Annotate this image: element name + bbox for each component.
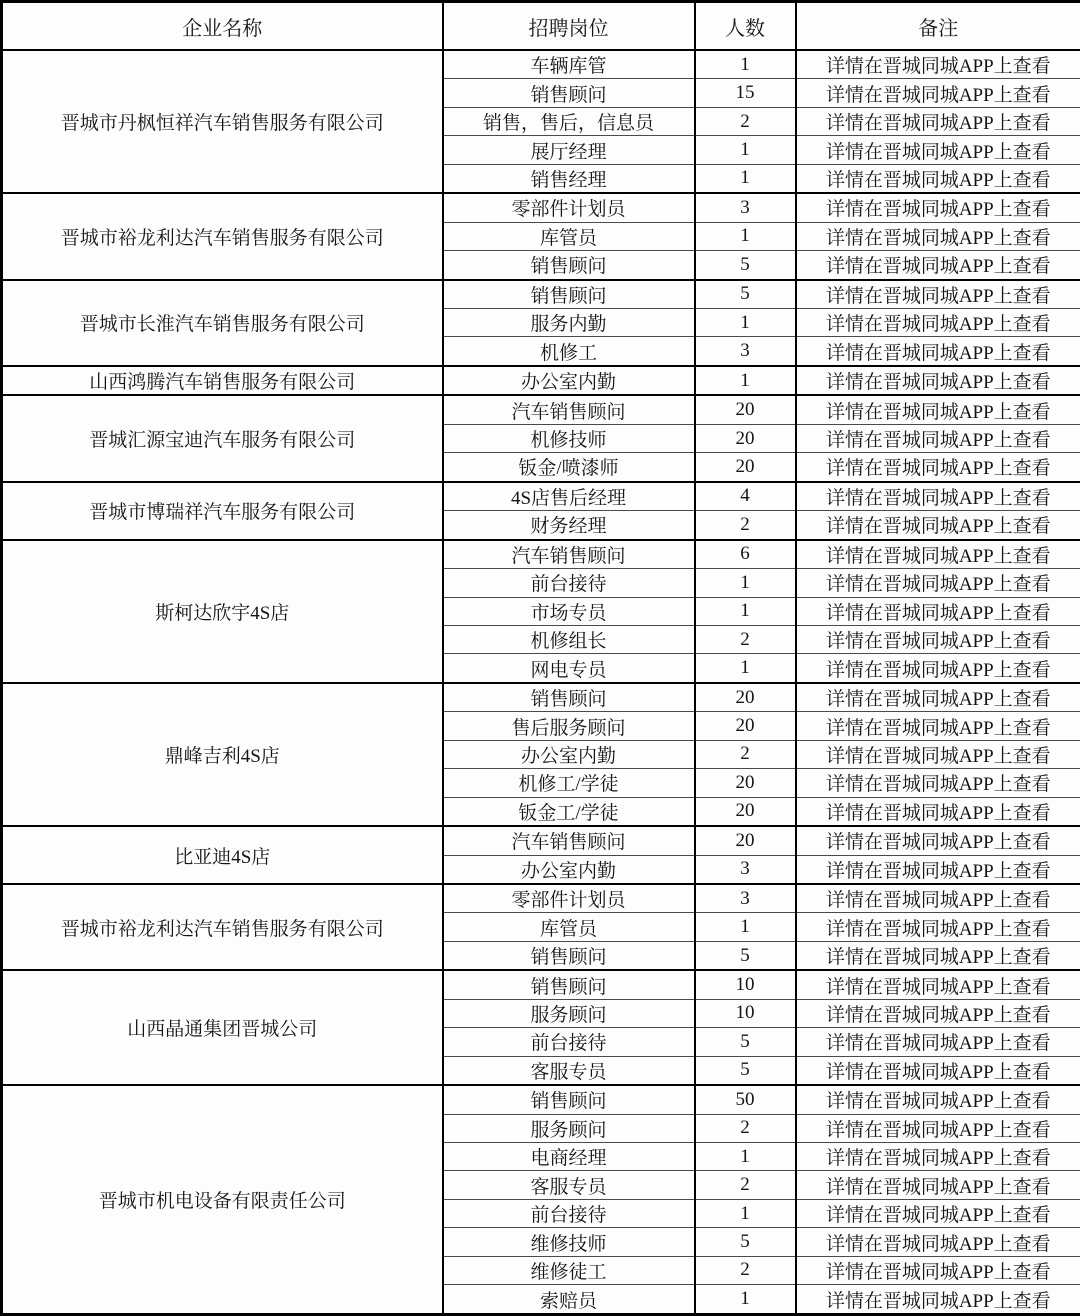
headcount-cell: 20: [695, 395, 796, 424]
company-name-cell: 晋城市裕龙利达汽车销售服务有限公司: [2, 193, 443, 279]
headcount-cell: 1: [695, 1199, 796, 1227]
position-cell: 售后服务顾问: [443, 712, 695, 740]
headcount-cell: 20: [695, 453, 796, 482]
position-cell: 财务经理: [443, 511, 695, 540]
remark-cell: 详情在晋城同城APP上查看: [796, 913, 1080, 941]
company-name-cell: 晋城市机电设备有限责任公司: [2, 1085, 443, 1314]
position-cell: 零部件计划员: [443, 193, 695, 222]
remark-cell: 详情在晋城同城APP上查看: [796, 769, 1080, 797]
headcount-cell: 20: [695, 826, 796, 855]
position-cell: 维修徒工: [443, 1256, 695, 1284]
headcount-cell: 1: [695, 50, 796, 79]
headcount-cell: 1: [695, 222, 796, 250]
headcount-cell: 1: [695, 569, 796, 597]
headcount-cell: 2: [695, 511, 796, 540]
remark-cell: 详情在晋城同城APP上查看: [796, 164, 1080, 193]
recruitment-table: 企业名称 招聘岗位 人数 备注 晋城市丹枫恒祥汽车销售服务有限公司车辆库管1详情…: [0, 0, 1080, 1316]
headcount-cell: 4: [695, 482, 796, 511]
remark-cell: 详情在晋城同城APP上查看: [796, 1142, 1080, 1170]
position-cell: 展厅经理: [443, 136, 695, 164]
company-name-cell: 比亚迪4S店: [2, 826, 443, 884]
headcount-cell: 5: [695, 1056, 796, 1085]
position-cell: 库管员: [443, 913, 695, 941]
remark-cell: 详情在晋城同城APP上查看: [796, 654, 1080, 683]
headcount-cell: 5: [695, 1028, 796, 1056]
position-cell: 销售顾问: [443, 251, 695, 280]
headcount-cell: 2: [695, 1114, 796, 1142]
table-row: 晋城市机电设备有限责任公司销售顾问50详情在晋城同城APP上查看: [2, 1085, 1080, 1114]
position-cell: 销售顾问: [443, 280, 695, 309]
headcount-cell: 1: [695, 1285, 796, 1315]
headcount-cell: 5: [695, 280, 796, 309]
headcount-cell: 20: [695, 683, 796, 712]
position-cell: 前台接待: [443, 1199, 695, 1227]
remark-cell: 详情在晋城同城APP上查看: [796, 1256, 1080, 1284]
remark-cell: 详情在晋城同城APP上查看: [796, 251, 1080, 280]
position-cell: 前台接待: [443, 1028, 695, 1056]
remark-cell: 详情在晋城同城APP上查看: [796, 999, 1080, 1027]
headcount-cell: 1: [695, 136, 796, 164]
table-row: 晋城汇源宝迪汽车服务有限公司汽车销售顾问20详情在晋城同城APP上查看: [2, 395, 1080, 424]
col-header-remark: 备注: [796, 2, 1080, 51]
headcount-cell: 1: [695, 1142, 796, 1170]
position-cell: 网电专员: [443, 654, 695, 683]
position-cell: 汽车销售顾问: [443, 826, 695, 855]
position-cell: 销售顾问: [443, 941, 695, 970]
remark-cell: 详情在晋城同城APP上查看: [796, 1056, 1080, 1085]
headcount-cell: 50: [695, 1085, 796, 1114]
position-cell: 服务顾问: [443, 1114, 695, 1142]
remark-cell: 详情在晋城同城APP上查看: [796, 1028, 1080, 1056]
position-cell: 电商经理: [443, 1142, 695, 1170]
company-name-cell: 山西鸿腾汽车销售服务有限公司: [2, 366, 443, 395]
table-body: 晋城市丹枫恒祥汽车销售服务有限公司车辆库管1详情在晋城同城APP上查看销售顾问1…: [2, 50, 1080, 1315]
remark-cell: 详情在晋城同城APP上查看: [796, 136, 1080, 164]
remark-cell: 详情在晋城同城APP上查看: [796, 683, 1080, 712]
table-row: 晋城市裕龙利达汽车销售服务有限公司零部件计划员3详情在晋城同城APP上查看: [2, 884, 1080, 913]
position-cell: 服务顾问: [443, 999, 695, 1027]
company-name-cell: 斯柯达欣宇4S店: [2, 540, 443, 683]
headcount-cell: 20: [695, 797, 796, 826]
headcount-cell: 5: [695, 941, 796, 970]
headcount-cell: 1: [695, 913, 796, 941]
headcount-cell: 20: [695, 712, 796, 740]
remark-cell: 详情在晋城同城APP上查看: [796, 222, 1080, 250]
headcount-cell: 2: [695, 1171, 796, 1199]
remark-cell: 详情在晋城同城APP上查看: [796, 1199, 1080, 1227]
company-name-cell: 山西晶通集团晋城公司: [2, 970, 443, 1085]
position-cell: 钣金工/学徒: [443, 797, 695, 826]
position-cell: 车辆库管: [443, 50, 695, 79]
position-cell: 市场专员: [443, 597, 695, 625]
remark-cell: 详情在晋城同城APP上查看: [796, 1114, 1080, 1142]
position-cell: 销售顾问: [443, 79, 695, 107]
position-cell: 前台接待: [443, 569, 695, 597]
remark-cell: 详情在晋城同城APP上查看: [796, 395, 1080, 424]
headcount-cell: 15: [695, 79, 796, 107]
position-cell: 汽车销售顾问: [443, 395, 695, 424]
table-row: 山西鸿腾汽车销售服务有限公司办公室内勤1详情在晋城同城APP上查看: [2, 366, 1080, 395]
remark-cell: 详情在晋城同城APP上查看: [796, 1228, 1080, 1256]
headcount-cell: 3: [695, 884, 796, 913]
table-row: 斯柯达欣宇4S店汽车销售顾问6详情在晋城同城APP上查看: [2, 540, 1080, 569]
remark-cell: 详情在晋城同城APP上查看: [796, 797, 1080, 826]
position-cell: 销售顾问: [443, 683, 695, 712]
table-row: 山西晶通集团晋城公司销售顾问10详情在晋城同城APP上查看: [2, 970, 1080, 999]
headcount-cell: 1: [695, 309, 796, 337]
position-cell: 机修工: [443, 337, 695, 366]
position-cell: 索赔员: [443, 1285, 695, 1315]
position-cell: 服务内勤: [443, 309, 695, 337]
remark-cell: 详情在晋城同城APP上查看: [796, 855, 1080, 884]
remark-cell: 详情在晋城同城APP上查看: [796, 1171, 1080, 1199]
remark-cell: 详情在晋城同城APP上查看: [796, 970, 1080, 999]
table-row: 比亚迪4S店汽车销售顾问20详情在晋城同城APP上查看: [2, 826, 1080, 855]
table-row: 鼎峰吉利4S店销售顾问20详情在晋城同城APP上查看: [2, 683, 1080, 712]
remark-cell: 详情在晋城同城APP上查看: [796, 79, 1080, 107]
position-cell: 销售经理: [443, 164, 695, 193]
position-cell: 客服专员: [443, 1056, 695, 1085]
table-row: 晋城市丹枫恒祥汽车销售服务有限公司车辆库管1详情在晋城同城APP上查看: [2, 50, 1080, 79]
headcount-cell: 1: [695, 366, 796, 395]
remark-cell: 详情在晋城同城APP上查看: [796, 424, 1080, 452]
table-row: 晋城市博瑞祥汽车服务有限公司4S店售后经理4详情在晋城同城APP上查看: [2, 482, 1080, 511]
headcount-cell: 2: [695, 625, 796, 653]
remark-cell: 详情在晋城同城APP上查看: [796, 193, 1080, 222]
headcount-cell: 2: [695, 740, 796, 768]
company-name-cell: 晋城市裕龙利达汽车销售服务有限公司: [2, 884, 443, 970]
position-cell: 4S店售后经理: [443, 482, 695, 511]
position-cell: 机修组长: [443, 625, 695, 653]
company-name-cell: 晋城市丹枫恒祥汽车销售服务有限公司: [2, 50, 443, 193]
position-cell: 维修技师: [443, 1228, 695, 1256]
headcount-cell: 3: [695, 337, 796, 366]
remark-cell: 详情在晋城同城APP上查看: [796, 50, 1080, 79]
position-cell: 汽车销售顾问: [443, 540, 695, 569]
remark-cell: 详情在晋城同城APP上查看: [796, 280, 1080, 309]
headcount-cell: 3: [695, 855, 796, 884]
headcount-cell: 1: [695, 654, 796, 683]
table-row: 晋城市长淮汽车销售服务有限公司销售顾问5详情在晋城同城APP上查看: [2, 280, 1080, 309]
headcount-cell: 20: [695, 769, 796, 797]
position-cell: 销售顾问: [443, 970, 695, 999]
position-cell: 销售顾问: [443, 1085, 695, 1114]
position-cell: 库管员: [443, 222, 695, 250]
remark-cell: 详情在晋城同城APP上查看: [796, 712, 1080, 740]
position-cell: 办公室内勤: [443, 740, 695, 768]
position-cell: 机修技师: [443, 424, 695, 452]
table-row: 晋城市裕龙利达汽车销售服务有限公司零部件计划员3详情在晋城同城APP上查看: [2, 193, 1080, 222]
remark-cell: 详情在晋城同城APP上查看: [796, 540, 1080, 569]
remark-cell: 详情在晋城同城APP上查看: [796, 625, 1080, 653]
remark-cell: 详情在晋城同城APP上查看: [796, 309, 1080, 337]
company-name-cell: 鼎峰吉利4S店: [2, 683, 443, 826]
remark-cell: 详情在晋城同城APP上查看: [796, 569, 1080, 597]
headcount-cell: 20: [695, 424, 796, 452]
col-header-position: 招聘岗位: [443, 2, 695, 51]
remark-cell: 详情在晋城同城APP上查看: [796, 826, 1080, 855]
headcount-cell: 3: [695, 193, 796, 222]
header-row: 企业名称 招聘岗位 人数 备注: [2, 2, 1080, 51]
remark-cell: 详情在晋城同城APP上查看: [796, 941, 1080, 970]
position-cell: 零部件计划员: [443, 884, 695, 913]
company-name-cell: 晋城市博瑞祥汽车服务有限公司: [2, 482, 443, 540]
remark-cell: 详情在晋城同城APP上查看: [796, 453, 1080, 482]
table-header: 企业名称 招聘岗位 人数 备注: [2, 2, 1080, 51]
remark-cell: 详情在晋城同城APP上查看: [796, 597, 1080, 625]
remark-cell: 详情在晋城同城APP上查看: [796, 482, 1080, 511]
headcount-cell: 5: [695, 1228, 796, 1256]
position-cell: 销售，售后，信息员: [443, 107, 695, 135]
company-name-cell: 晋城市长淮汽车销售服务有限公司: [2, 280, 443, 366]
headcount-cell: 10: [695, 999, 796, 1027]
remark-cell: 详情在晋城同城APP上查看: [796, 884, 1080, 913]
col-header-headcount: 人数: [695, 2, 796, 51]
headcount-cell: 1: [695, 597, 796, 625]
headcount-cell: 2: [695, 1256, 796, 1284]
remark-cell: 详情在晋城同城APP上查看: [796, 107, 1080, 135]
position-cell: 钣金/喷漆师: [443, 453, 695, 482]
remark-cell: 详情在晋城同城APP上查看: [796, 366, 1080, 395]
headcount-cell: 10: [695, 970, 796, 999]
headcount-cell: 6: [695, 540, 796, 569]
remark-cell: 详情在晋城同城APP上查看: [796, 337, 1080, 366]
company-name-cell: 晋城汇源宝迪汽车服务有限公司: [2, 395, 443, 481]
col-header-company-name: 企业名称: [2, 2, 443, 51]
remark-cell: 详情在晋城同城APP上查看: [796, 1285, 1080, 1315]
headcount-cell: 2: [695, 107, 796, 135]
headcount-cell: 5: [695, 251, 796, 280]
position-cell: 客服专员: [443, 1171, 695, 1199]
position-cell: 机修工/学徒: [443, 769, 695, 797]
position-cell: 办公室内勤: [443, 366, 695, 395]
position-cell: 办公室内勤: [443, 855, 695, 884]
remark-cell: 详情在晋城同城APP上查看: [796, 511, 1080, 540]
headcount-cell: 1: [695, 164, 796, 193]
remark-cell: 详情在晋城同城APP上查看: [796, 1085, 1080, 1114]
remark-cell: 详情在晋城同城APP上查看: [796, 740, 1080, 768]
